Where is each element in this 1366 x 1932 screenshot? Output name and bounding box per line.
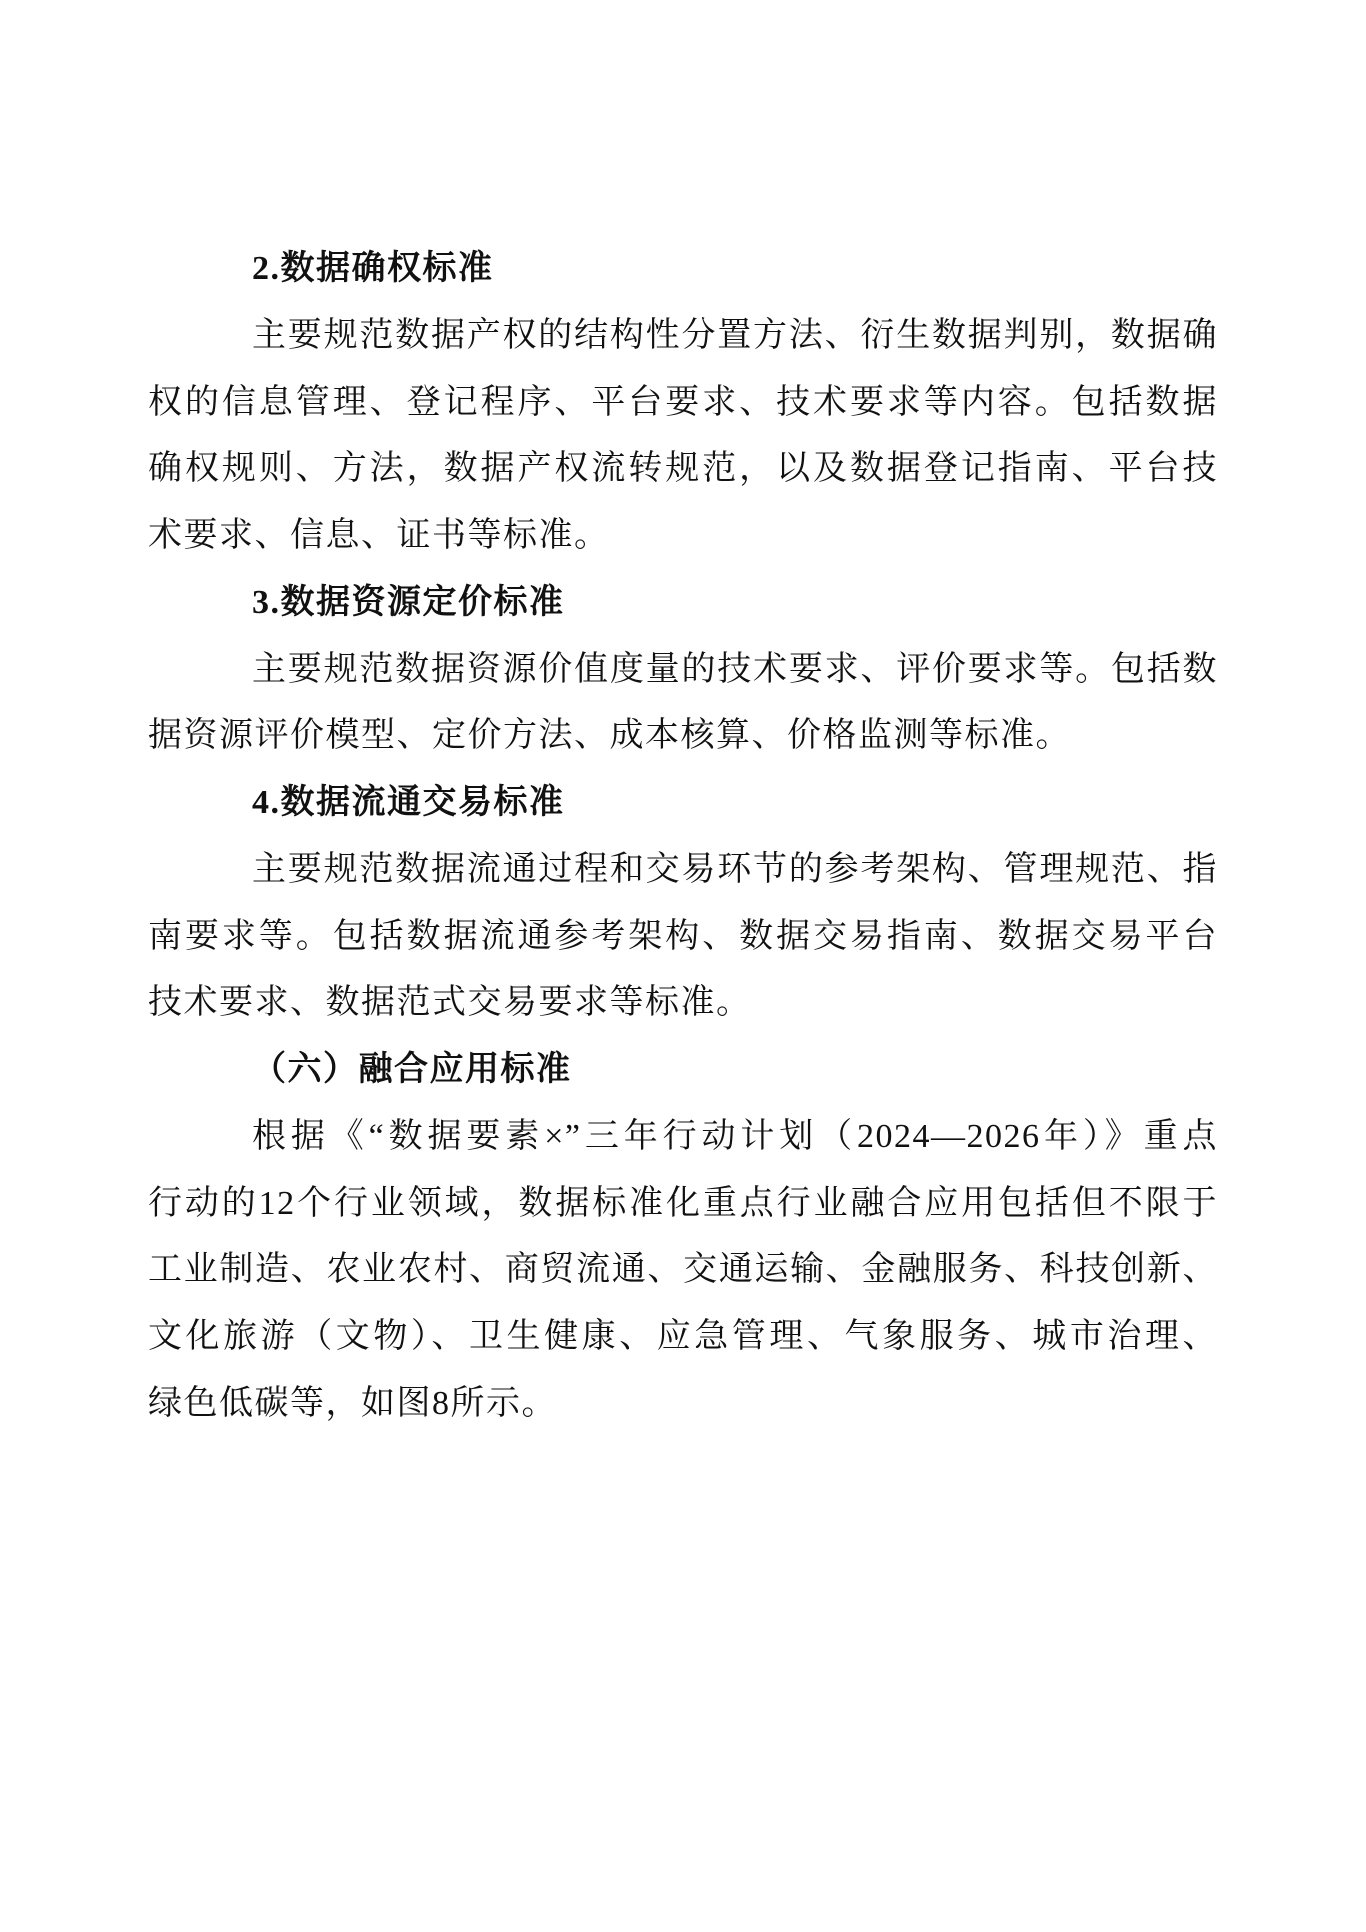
document-content: 2.数据确权标准主要规范数据产权的结构性分置方法、衍生数据判别，数据确权的信息管… <box>148 236 1218 1438</box>
paragraph-line: 主要规范数据产权的结构性分置方法、衍生数据判别，数据确 <box>148 303 1218 370</box>
heading-line: （六）融合应用标准 <box>148 1037 1218 1104</box>
paragraph-line: 文化旅游（文物）、卫生健康、应急管理、气象服务、城市治理、 <box>148 1304 1218 1371</box>
paragraph-line: 行动的12个行业领域，数据标准化重点行业融合应用包括但不限于 <box>148 1171 1218 1238</box>
heading-line: 2.数据确权标准 <box>148 236 1218 303</box>
heading-line: 3.数据资源定价标准 <box>148 570 1218 637</box>
paragraph-line: 术要求、信息、证书等标准。 <box>148 503 1218 570</box>
paragraph-line: 主要规范数据流通过程和交易环节的参考架构、管理规范、指 <box>148 837 1218 904</box>
paragraph-line: 权的信息管理、登记程序、平台要求、技术要求等内容。包括数据 <box>148 370 1218 437</box>
paragraph-line: 根据《“数据要素×”三年行动计划（2024—2026年）》重点 <box>148 1104 1218 1171</box>
document-page: 2.数据确权标准主要规范数据产权的结构性分置方法、衍生数据判别，数据确权的信息管… <box>0 0 1366 1932</box>
paragraph-line: 南要求等。包括数据流通参考架构、数据交易指南、数据交易平台 <box>148 904 1218 971</box>
paragraph-line: 工业制造、农业农村、商贸流通、交通运输、金融服务、科技创新、 <box>148 1237 1218 1304</box>
paragraph-line: 绿色低碳等，如图8所示。 <box>148 1371 1218 1438</box>
paragraph-line: 主要规范数据资源价值度量的技术要求、评价要求等。包括数 <box>148 637 1218 704</box>
heading-line: 4.数据流通交易标准 <box>148 770 1218 837</box>
paragraph-line: 确权规则、方法，数据产权流转规范，以及数据登记指南、平台技 <box>148 436 1218 503</box>
paragraph-line: 据资源评价模型、定价方法、成本核算、价格监测等标准。 <box>148 703 1218 770</box>
paragraph-line: 技术要求、数据范式交易要求等标准。 <box>148 970 1218 1037</box>
